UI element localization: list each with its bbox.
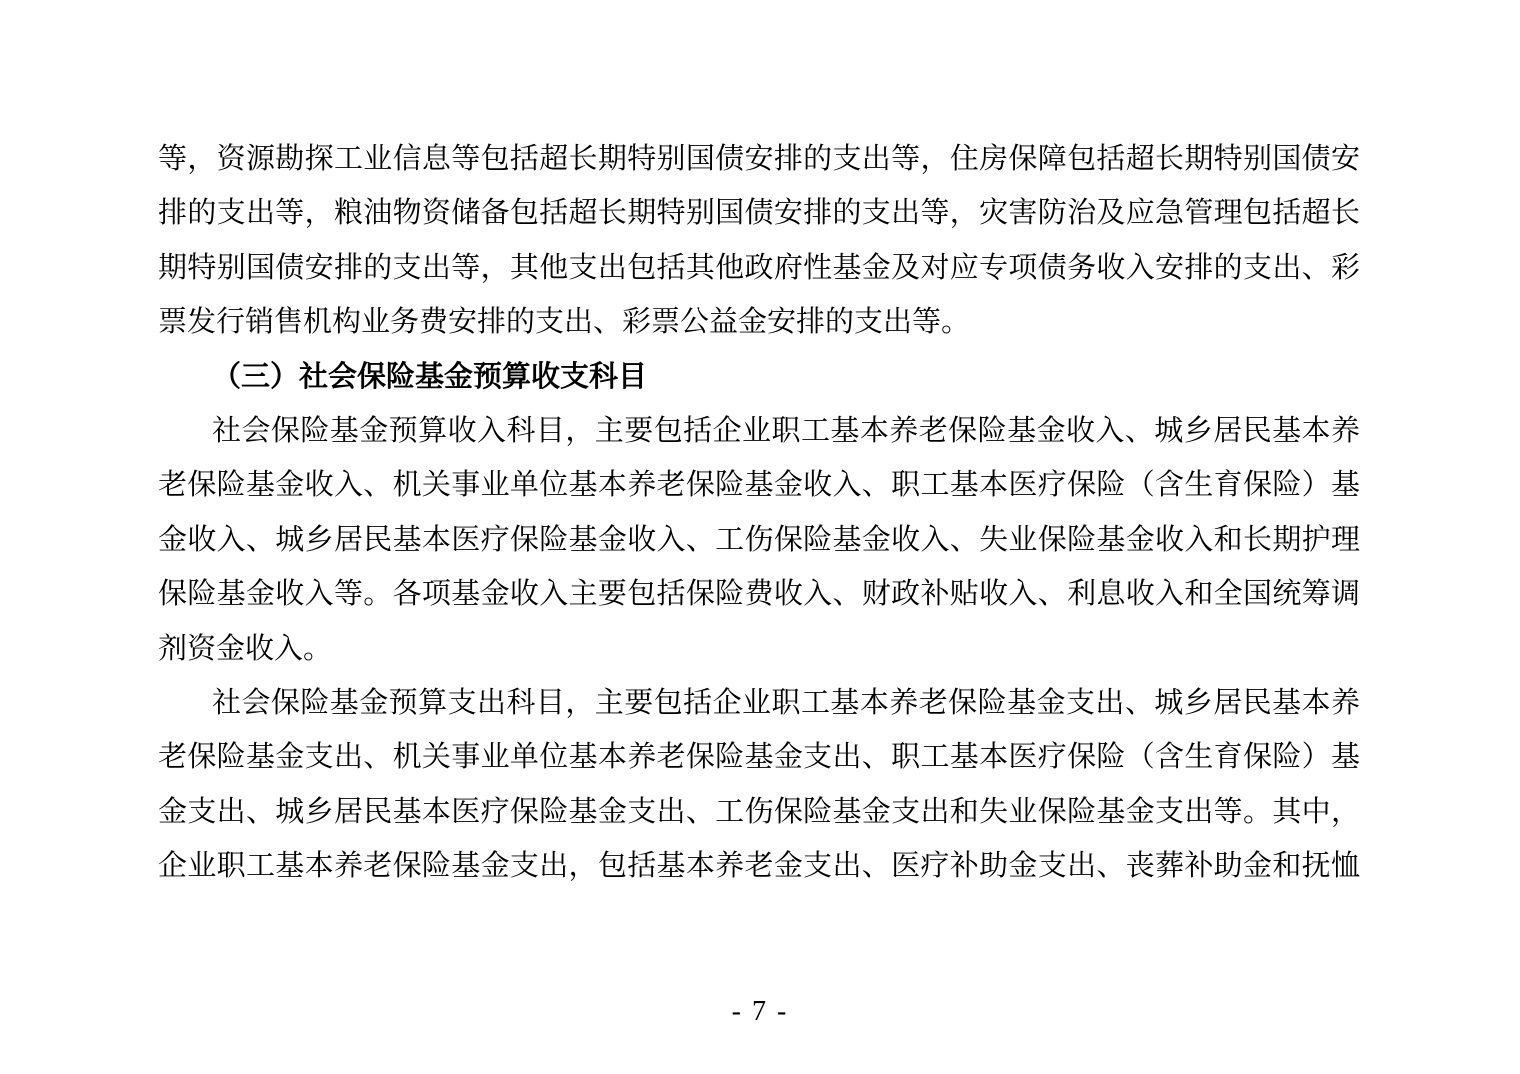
paragraph-line: 保险基金收入等。各项基金收入主要包括保险费收入、财政补贴收入、利息收入和全国统筹… [158,567,1360,621]
paragraph-line: 金收入、城乡居民基本医疗保险基金收入、工伤保险基金收入、失业保险基金收入和长期护… [158,513,1360,567]
document-page: 等，资源勘探工业信息等包括超长期特别国债安排的支出等，住房保障包括超长期特别国债… [0,0,1520,1074]
paragraph-line: 社会保险基金预算支出科目，主要包括企业职工基本养老保险基金支出、城乡居民基本养 [158,676,1360,730]
paragraph-line: 排的支出等，粮油物资储备包括超长期特别国债安排的支出等，灾害防治及应急管理包括超… [158,186,1360,240]
paragraph-line: 老保险基金支出、机关事业单位基本养老保险基金支出、职工基本医疗保险（含生育保险）… [158,730,1360,784]
paragraph-line: 老保险基金收入、机关事业单位基本养老保险基金收入、职工基本医疗保险（含生育保险）… [158,458,1360,512]
page-footer: - 7 - [0,996,1520,1028]
page-number: - 7 - [732,996,789,1027]
paragraph-line: 等，资源勘探工业信息等包括超长期特别国债安排的支出等，住房保障包括超长期特别国债… [158,132,1360,186]
paragraph-line: 票发行销售机构业务费安排的支出、彩票公益金安排的支出等。 [158,295,1360,349]
paragraph-line: 剂资金收入。 [158,622,1360,676]
paragraph-line: 社会保险基金预算收入科目，主要包括企业职工基本养老保险基金收入、城乡居民基本养 [158,404,1360,458]
page-body: 等，资源勘探工业信息等包括超长期特别国债安排的支出等，住房保障包括超长期特别国债… [158,132,1360,893]
paragraph-line: 金支出、城乡居民基本医疗保险基金支出、工伤保险基金支出和失业保险基金支出等。其中… [158,785,1360,839]
paragraph-line: 期特别国债安排的支出等，其他支出包括其他政府性基金及对应专项债务收入安排的支出、… [158,241,1360,295]
section-heading: （三）社会保险基金预算收支科目 [158,350,1360,404]
paragraph-line: 企业职工基本养老保险基金支出，包括基本养老金支出、医疗补助金支出、丧葬补助金和抚… [158,839,1360,893]
